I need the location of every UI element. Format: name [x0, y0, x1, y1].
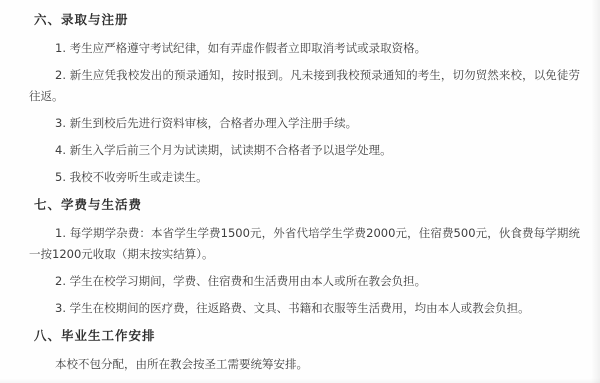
section-heading: 八、毕业生工作安排 [34, 325, 580, 346]
paragraph: 4. 新生入学后前三个月为试读期，试读期不合格者予以退学处理。 [29, 140, 580, 161]
section-tuition-living-costs: 七、学费与生活费 1. 每学期学杂费：本省学生学费1500元，外省代培学生学费2… [29, 194, 580, 319]
section-heading: 六、录取与注册 [34, 9, 580, 30]
paragraph: 2. 学生在校学习期间，学费、住宿费和生活费用由本人或所在教会负担。 [29, 271, 580, 292]
paragraph: 本校不包分配，由所在教会按圣工需要统筹安排。 [29, 354, 580, 375]
paragraph: 5. 我校不收旁听生或走读生。 [29, 167, 580, 188]
scan-edge-shadow-right [591, 0, 600, 383]
paragraph: 3. 学生在校期间的医疗费，往返路费、文具、书籍和衣服等生活费用，均由本人或教会… [29, 298, 580, 319]
document-page: 六、录取与注册 1. 考生应严格遵守考试纪律，如有弄虚作假者立即取消考试或录取资… [0, 0, 600, 383]
paragraph: 1. 每学期学杂费：本省学生学费1500元，外省代培学生学费2000元，住宿费5… [29, 223, 580, 265]
scan-edge-shadow-bottom [0, 378, 600, 383]
paragraph: 2. 新生应凭我校发出的预录通知，按时报到。凡未接到我校预录通知的考生，切勿贸然… [29, 65, 580, 107]
paragraph: 3. 新生到校后先进行资料审核，合格者办理入学注册手续。 [29, 113, 580, 134]
section-admission-registration: 六、录取与注册 1. 考生应严格遵守考试纪律，如有弄虚作假者立即取消考试或录取资… [29, 9, 580, 188]
section-heading: 七、学费与生活费 [34, 194, 580, 215]
section-graduate-placement: 八、毕业生工作安排 本校不包分配，由所在教会按圣工需要统筹安排。 [29, 325, 580, 375]
paragraph: 1. 考生应严格遵守考试纪律，如有弄虚作假者立即取消考试或录取资格。 [29, 38, 580, 59]
